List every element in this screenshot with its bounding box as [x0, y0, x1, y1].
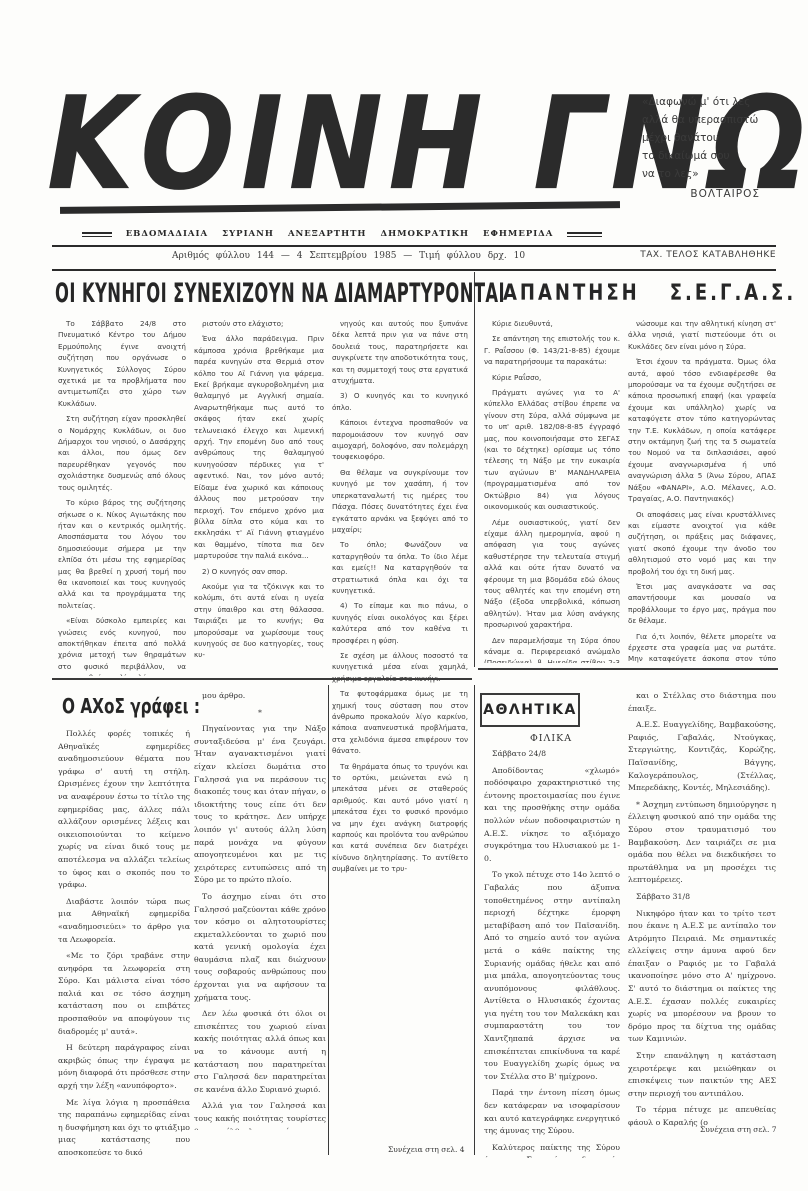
paragraph: Ένα άλλο παράδειγμα. Πριν κάμποσα χρόνια…: [194, 333, 324, 561]
paragraph: Καλύτερος παίκτης της Σύρου ήταν ο Στεργ…: [484, 1142, 620, 1158]
paragraph: Ακούμε για τα τζόκινγκ και το κολύμπι, ό…: [194, 581, 324, 661]
quote-line: «Διαφωνώ μ' ότι λες: [642, 93, 782, 111]
paragraph: Πηγαίνοντας για την Νάξο συνταξιδεύσα μ'…: [194, 723, 326, 887]
column-divider: [474, 685, 475, 1155]
paragraph: Κύριε διευθυντά,: [484, 318, 620, 329]
paragraph: Θα θέλαμε να συγκρίνουμε τον κυνηγό με τ…: [332, 467, 468, 535]
paragraph: Για ό,τι λοιπόν, θέλετε μπορείτε να έρχε…: [628, 631, 776, 663]
paragraph: Σε απάντηση της επιστολής του κ. Γ. Ραΐσ…: [484, 333, 620, 367]
article-athletics-col1: Σάββατο 24/8 Αποδίδοντας «χλωμό» ποδόσφα…: [484, 748, 620, 1158]
headline-axos: Ο ΑΧοΣ γράφει :: [62, 695, 200, 719]
paragraph: Πολλές φορές τοπικές ή Αθηναϊκές εφημερί…: [58, 728, 190, 892]
column-divider: [328, 685, 329, 1155]
article-segas-col1: Κύριε διευθυντά, Σε απάντηση της επιστολ…: [484, 318, 620, 663]
subtitle-word: ΔΗΜΟΚΡΑΤΙΚΗ: [380, 229, 469, 239]
quote-line: αλλά θα υπερασπιστώ: [642, 111, 782, 129]
paragraph: Έτσι μας αναγκάσατε να σας απαντήσουμε κ…: [628, 581, 776, 627]
quote-line: το δικαίωμά σου: [642, 147, 782, 165]
athletics-subhead: ΦΙΛΙΚΑ: [530, 733, 572, 744]
article-hunters-col3: νηγούς και αυτούς που ξυπνάνε δέκα λεπτά…: [332, 318, 468, 1138]
paragraph: και ο Στέλλας στο διάστημα που έπαιξε.: [628, 690, 776, 715]
masthead-quote: «Διαφωνώ μ' ότι λες αλλά θα υπερασπιστώ …: [642, 93, 782, 203]
paragraph: Δεν λέω φυσικά ότι όλοι οι επισκέπτες το…: [194, 1008, 326, 1096]
paragraph: Τα φυτοφάρμακα όμως με τη χημική τους σύ…: [332, 688, 468, 756]
paragraph: Διαβάστε λοιπόν τώρα πως μια Αθηναϊκή εφ…: [58, 896, 190, 946]
athletics-section-label: ΑΘΛΗΤΙΚΑ: [480, 693, 580, 727]
issue-line: Αριθμός φύλλου 144 — 4 Σεπτεμβρίου 1985 …: [172, 251, 525, 261]
subtitle-word: ΕΒΔΟΜΑΔΙΑΙΑ: [126, 229, 208, 239]
issue-info-bar: Αριθμός φύλλου 144 — 4 Σεπτεμβρίου 1985 …: [52, 245, 776, 271]
paragraph: * Άσχημη εντύπωση δημιούργησε η έλλειψη …: [628, 799, 776, 887]
paragraph: Έτσι έχουν τα πράγματα. Όμως όλα αυτά, α…: [628, 356, 776, 504]
masthead-subtitle: ΕΒΔΟΜΑΔΙΑΙΑ ΣΥΡΙΑΝΗ ΑΝΕΞΑΡΤΗΤΗ ΔΗΜΟΚΡΑΤΙ…: [82, 226, 602, 242]
decorative-rule: [567, 232, 602, 237]
paragraph: «Είναι δύσκολο εμπειρίες και γνώσεις ενό…: [58, 615, 186, 676]
paragraph: Στην επανάληψη η κατάσταση χειροτέρεψε κ…: [628, 1050, 776, 1100]
paragraph: νηγούς και αυτούς που ξυπνάνε δέκα λεπτά…: [332, 318, 468, 386]
paragraph: Τα θηράματα όπως το τρυγόνι και το ορτύκ…: [332, 761, 468, 875]
paragraph: Οι αποφάσεις μας είναι κρυστάλλινες και …: [628, 509, 776, 577]
paragraph: Το όπλο; Φωνάζουν να καταργηθούν τα όπλα…: [332, 539, 468, 596]
paragraph: Λέμε ουσιαστικούς, γιατί δεν είχαμε άλλη…: [484, 517, 620, 631]
athletics-label-text: ΑΘΛΗΤΙΚΑ: [483, 702, 577, 718]
paragraph: νώσουμε και την αθλητική κίνηση στ' άλλα…: [628, 318, 776, 352]
continued-link-hunters[interactable]: Συνέχεια στη σελ. 4: [388, 1145, 465, 1154]
headline-segas-abbr: Σ.Ε.Γ.Α.Σ.: [670, 280, 796, 306]
paragraph: Δεν παραμελήσαμε τη Σύρα όπου κάναμε α. …: [484, 635, 620, 663]
paragraph: 4) Το είπαμε και πιο πάνω, ο κυνηγός είν…: [332, 600, 468, 646]
paragraph: Α.Ε.Σ. Ευαγγελίδης, Βαμβακούσης, Ραφιός,…: [628, 719, 776, 795]
asterisk-separator: *: [194, 707, 326, 720]
article-hunters-col2: ριστούν στο ελάχιστο; Ένα άλλο παράδειγμ…: [194, 318, 324, 676]
subtitle-word: ΣΥΡΙΑΝΗ: [222, 229, 274, 239]
paragraph: Κύριε Ραΐσσο,: [484, 372, 620, 383]
quote-line: να το λες»: [642, 165, 782, 183]
paragraph: Παρά την έντονη πίεση όμως δεν κατάφεραν…: [484, 1087, 620, 1137]
paragraph: 2) Ο κυνηγός σαν σπορ.: [194, 566, 324, 577]
paragraph: 3) Ο κυνηγός και το κυνηγικό όπλο.: [332, 390, 468, 413]
newspaper-page: ΚΟΙΝΗ ΓΝΩΜΗ «Διαφωνώ μ' ότι λες αλλά θα …: [0, 0, 808, 1191]
article-axos-col2: μου άρθρο. * Πηγαίνοντας για την Νάξο συ…: [194, 690, 326, 1130]
article-hunters-col1: Το Σάββατο 24/8 στο Πνευματικό Κέντρο το…: [58, 318, 186, 676]
paragraph: Το άσχημο είναι ότι στο Γαλησσό μαζεύοντ…: [194, 891, 326, 1004]
article-axos-col1: Πολλές φορές τοπικές ή Αθηναϊκές εφημερί…: [58, 728, 190, 1158]
quote-line: μέχρι θανάτου: [642, 129, 782, 147]
paragraph: Νικηφόρο ήταν και το τρίτο τεστ που έκαν…: [628, 908, 776, 1047]
paragraph: Αλλά για τον Γαλησσά και τους κακής ποιό…: [194, 1100, 326, 1130]
paragraph: Αποδίδοντας «χλωμό» ποδόσφαιρο χαρακτηρι…: [484, 765, 620, 866]
paragraph: Με λίγα λόγια η προσπάθεια της παραπάνω …: [58, 1097, 190, 1158]
section-divider: [478, 668, 778, 670]
paragraph: Το κύριο βάρος της συζήτησης σήκωσε ο κ.…: [58, 497, 186, 611]
paragraph: ριστούν στο ελάχιστο;: [194, 318, 324, 329]
headline-segas-word: ΑΠΑΝΤΗΣΗ: [503, 280, 640, 306]
paragraph: Η δεύτερη παράγραφος είναι ακριβώς όπως …: [58, 1042, 190, 1092]
paragraph: Το γκολ πέτυχε στο 14ο λεπτό ο Γαβαλάς π…: [484, 869, 620, 1083]
paragraph: «Με το ζόρι τραβάνε στην ανηφόρα τα λεωφ…: [58, 950, 190, 1038]
article-segas-col2: νώσουμε και την αθλητική κίνηση στ' άλλα…: [628, 318, 776, 663]
subtitle-word: ΑΝΕΞΑΡΤΗΤΗ: [288, 229, 367, 239]
paragraph: Πράγματι αγώνες για το Α' κύπελλο Ελλάδα…: [484, 387, 620, 512]
headline-segas: ΑΠΑΝΤΗΣΗΣ.Ε.Γ.Α.Σ.: [503, 280, 796, 306]
decorative-rule: [82, 232, 112, 237]
paragraph: Σε σχέση με άλλους ποσοστό τα κυνηγετικά…: [332, 650, 468, 684]
headline-hunters: ΟΙ ΚΥΝΗΓΟΙ ΣΥΝΕΧΙΖΟΥΝ ΝΑ ΔΙΑΜΑΡΤΥΡΟΝΤΑΙ: [55, 278, 383, 308]
continued-link-athletics[interactable]: Συνέχεια στη σελ. 7: [700, 1125, 777, 1134]
quote-author: ΒΟΛΤΑΙΡΟΣ: [642, 185, 782, 203]
postage-paid: ΤΑΧ. ΤΕΛΟΣ ΚΑΤΑΒΛΗΘΗΚΕ: [640, 250, 776, 260]
subtitle-word: ΕΦΗΜΕΡΙΔΑ: [483, 229, 553, 239]
article-athletics-col2: και ο Στέλλας στο διάστημα που έπαιξε. Α…: [628, 690, 776, 1130]
paragraph: Κάποιοι έντεχνα προσπαθούν να παρομοιάσο…: [332, 417, 468, 463]
paragraph: Σάββατο 24/8: [484, 748, 620, 761]
column-divider: [474, 272, 475, 667]
paragraph: Σάββατο 31/8: [628, 891, 776, 904]
paragraph: Στη συζήτηση είχαν προσκληθεί ο Νομάρχης…: [58, 413, 186, 493]
paragraph: μου άρθρο.: [194, 690, 326, 703]
paragraph: Το Σάββατο 24/8 στο Πνευματικό Κέντρο το…: [58, 318, 186, 409]
